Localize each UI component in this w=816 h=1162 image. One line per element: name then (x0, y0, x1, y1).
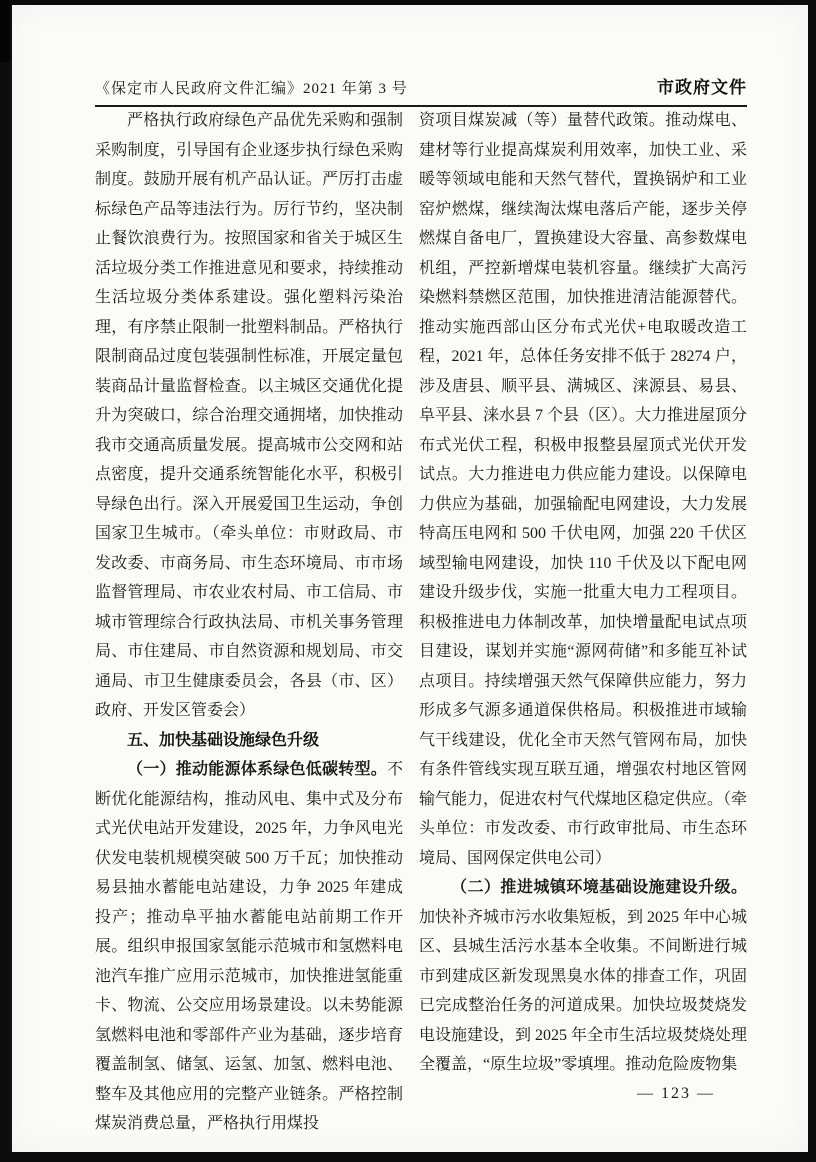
compilation-title: 《保定市人民政府文件汇编》2021 年第 3 号 (95, 77, 408, 98)
left-column: 严格执行政府绿色产品优先采购和强制采购制度，引导国有企业逐步执行绿色采购制度。鼓… (95, 106, 403, 1139)
page-header: 《保定市人民政府文件汇编》2021 年第 3 号 市政府文件 (95, 73, 747, 107)
scan-edge-artifact (9, 5, 12, 1152)
document-type-label: 市政府文件 (657, 73, 747, 98)
paragraph-energy-transition: （一）推动能源体系绿色低碳转型。不断优化能源结构，推动风电、集中式及分布式光伏电… (95, 755, 403, 1139)
item-one-text: 不断优化能源结构，推动风电、集中式及分布式光伏电站开发建设，2025 年，力争风… (95, 761, 403, 1132)
section-heading-five: 五、加快基础设施绿色升级 (95, 726, 403, 756)
document-body: 严格执行政府绿色产品优先采购和强制采购制度，引导国有企业逐步执行绿色采购制度。鼓… (95, 106, 747, 1139)
item-two-lead: （二）推进城镇环境基础设施建设升级。 (451, 879, 747, 896)
paragraph-urban-infrastructure: （二）推进城镇环境基础设施建设升级。加快补齐城市污水收集短板，到 2025 年中… (419, 873, 747, 1080)
item-two-text: 加快补齐城市污水收集短板，到 2025 年中心城区、县城生活污水基本全收集。不间… (419, 909, 747, 1074)
right-column: 资项目煤炭减（等）量替代政策。推动煤电、建材等行业提高煤炭利用效率，加快工业、采… (419, 106, 747, 1139)
paragraph-green-procurement: 严格执行政府绿色产品优先采购和强制采购制度，引导国有企业逐步执行绿色采购制度。鼓… (95, 106, 403, 726)
scan-corner-artifact (0, 0, 10, 62)
paragraph-energy-continuation: 资项目煤炭减（等）量替代政策。推动煤电、建材等行业提高煤炭利用效率，加快工业、采… (419, 106, 747, 873)
item-one-lead: （一）推动能源体系绿色低碳转型。 (127, 761, 387, 778)
page-number: — 123 — (419, 1085, 747, 1103)
document-page: 《保定市人民政府文件汇编》2021 年第 3 号 市政府文件 严格执行政府绿色产… (9, 5, 808, 1152)
